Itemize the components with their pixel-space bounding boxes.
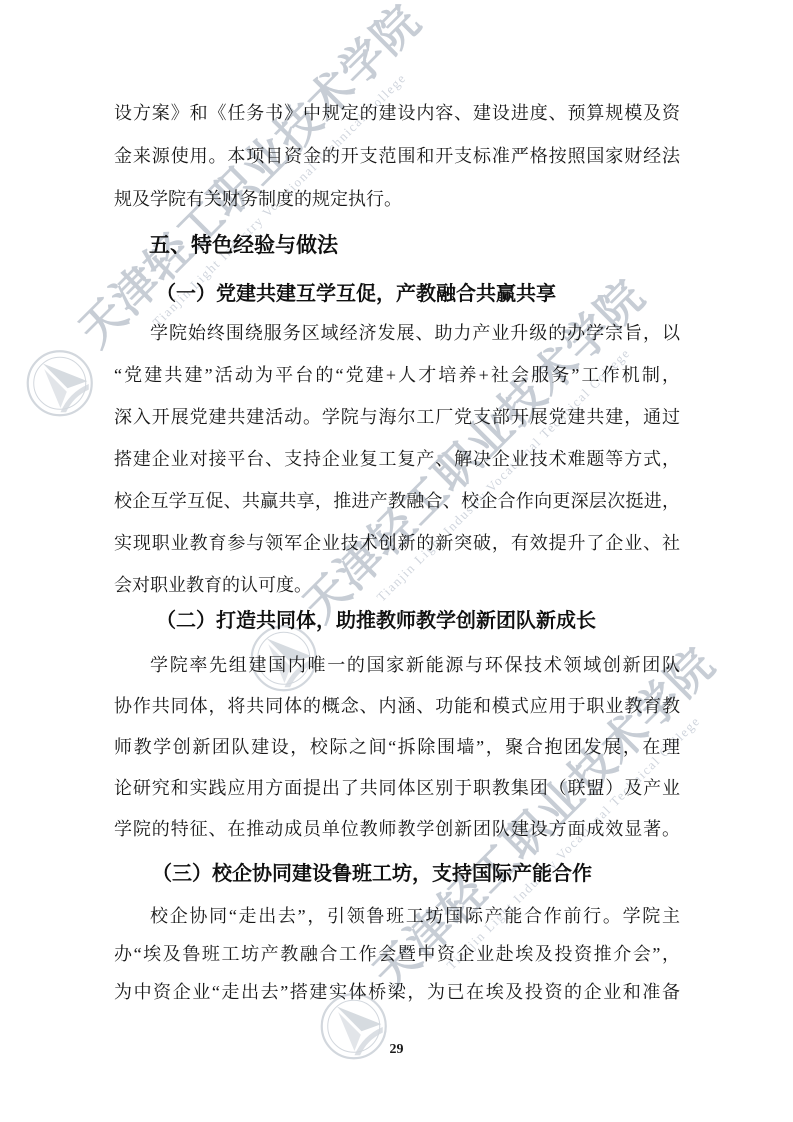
paragraph: 学院始终围绕服务区域经济发展、助力产业升级的办学宗旨，以 “党建共建”活动为平台…	[114, 312, 680, 606]
text-line: 规及学院有关财务制度的规定执行。	[114, 178, 680, 221]
paragraph: 设方案》和《任务书》中规定的建设内容、建设进度、预算规模及资 金来源使用。本项目…	[114, 92, 680, 221]
text-line: 搭建企业对接平台、支持企业复工复产、解决企业技术难题等方式，	[114, 438, 680, 480]
page-number: 29	[0, 1042, 793, 1058]
text-line: 师教学创新团队建设，校际之间“拆除围墙”，聚合抱团发展，在理	[114, 727, 680, 768]
college-logo-icon	[10, 334, 109, 433]
subsection-heading: （二）打造共同体，助推教师教学创新团队新成长	[114, 606, 722, 636]
text-line: 为中资企业“走出去”搭建实体桥梁，为已在埃及投资的企业和准备	[114, 973, 680, 1011]
text-line: 金来源使用。本项目资金的开支范围和开支标准严格按照国家财经法	[114, 135, 680, 178]
section-heading: 五、特色经验与做法	[114, 231, 715, 261]
text-line: 办“埃及鲁班工坊产教融合工作会暨中资企业赴埃及投资推介会”，	[114, 935, 680, 973]
text-line: 协作共同体，将共同体的概念、内涵、功能和模式应用于职业教育教	[114, 686, 680, 727]
text-line: 设方案》和《任务书》中规定的建设内容、建设进度、预算规模及资	[114, 92, 680, 135]
text-line: 会对职业教育的认可度。	[114, 564, 680, 606]
text-line: 学院始终围绕服务区域经济发展、助力产业升级的办学宗旨，以	[114, 312, 680, 354]
text-line: 深入开展党建共建活动。学院与海尔工厂党支部开展党建共建，通过	[114, 396, 680, 438]
text-line: 实现职业教育参与领军企业技术创新的新突破，有效提升了企业、社	[114, 522, 680, 564]
text-line: “党建共建”活动为平台的“党建+人才培养+社会服务”工作机制，	[114, 354, 680, 396]
document-page: 天津轻工职业技术学院 Tianjin Light Industry Vocati…	[0, 0, 793, 1122]
text-line: 校企协同“走出去”，引领鲁班工坊国际产能合作前行。学院主	[114, 897, 680, 935]
text-line: 学院的特征、在推动成员单位教师教学创新团队建设方面成效显著。	[114, 809, 680, 850]
paragraph: 学院率先组建国内唯一的国家新能源与环保技术领域创新团队 协作共同体，将共同体的概…	[114, 645, 680, 850]
text-line: 学院率先组建国内唯一的国家新能源与环保技术领域创新团队	[114, 645, 680, 686]
subsection-heading: （一）党建共建互学互促，产教融合共赢共享	[114, 279, 722, 309]
paragraph: 校企协同“走出去”，引领鲁班工坊国际产能合作前行。学院主 办“埃及鲁班工坊产教融…	[114, 897, 680, 1011]
text-line: 论研究和实践应用方面提出了共同体区别于职教集团（联盟）及产业	[114, 768, 680, 809]
text-line: 校企互学互促、共赢共享，推进产教融合、校企合作向更深层次挺进，	[114, 480, 680, 522]
subsection-heading: （三）校企协同建设鲁班工坊，支持国际产能合作	[114, 859, 718, 889]
